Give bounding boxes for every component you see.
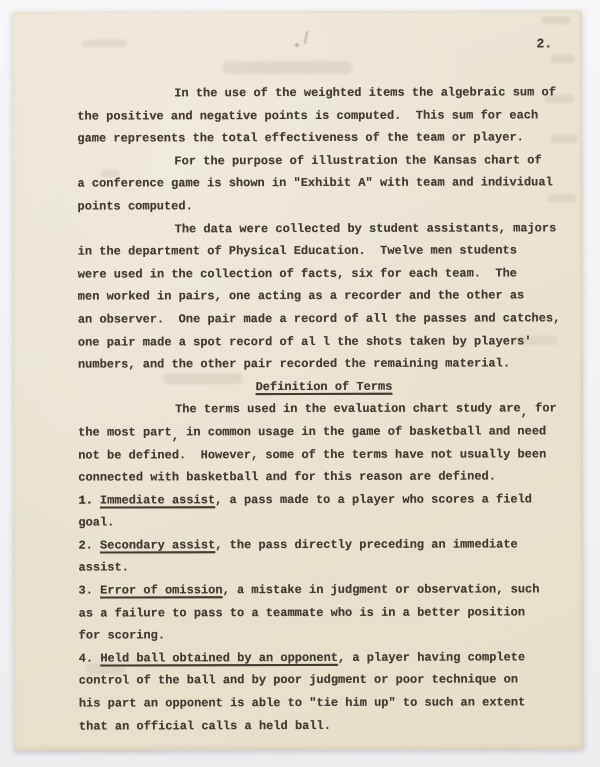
bleed-through-mark [542,16,570,24]
bleed-through-mark [295,43,299,47]
text-line: 2. Secondary assist, the pass directly p… [78,533,554,557]
underlined-term: Held ball obtained by an opponent [100,651,338,666]
text-segment: as a failure to pass to a teammate who i… [79,605,526,620]
text-segment: 2. [78,538,100,552]
text-segment: The terms used in the evaluation chart s… [175,402,521,417]
underlined-term: Secondary assist [100,538,215,552]
underlined-term: Definition of Terms [256,379,393,393]
text-line: a conference game is shown in "Exhibit A… [77,172,553,196]
text-line: that an official calls a held ball. [79,714,555,738]
text-segment: , a player having complete [338,650,525,664]
text-segment: points computed. [78,199,193,213]
text-line: one pair made a spot record of al l the … [78,330,554,354]
document-paper: 2. In the use of the weighted items the … [12,10,584,750]
bleed-through-mark [82,39,127,47]
text-line: the positive and negative points is comp… [77,104,553,128]
text-line: as a failure to pass to a teammate who i… [79,601,555,625]
bleed-through-mark [550,134,578,143]
text-segment: not be defined. However, some of the ter… [78,447,546,462]
text-segment: In the use of the weighted items the alg… [174,85,556,100]
text-segment: an observer. One pair made a record of a… [78,311,561,326]
text-segment: 1. [78,493,100,507]
text-segment: assist. [78,561,128,575]
text-segment: in the department of Physical Education.… [78,244,517,259]
text-line: were used in the collection of facts, si… [78,262,554,286]
text-line: the most part, in common usage in the ga… [78,420,554,444]
text-block: In the use of the weighted items the alg… [77,81,555,737]
text-segment: , [172,429,179,443]
text-segment: goal. [78,516,114,530]
text-segment: in common usage in the game of basketbal… [179,424,546,439]
bleed-through-mark [550,54,575,63]
text-segment: connected with basketball and for this r… [78,470,496,485]
text-segment: game represents the total effectiveness … [77,131,524,146]
text-segment: men worked in pairs, one acting as a rec… [78,289,525,304]
section-heading: Definition of Terms [78,375,554,399]
text-line: In the use of the weighted items the alg… [77,81,553,105]
text-segment: For the purpose of illustration the Kans… [174,153,541,168]
text-segment: for [528,402,557,416]
text-line: points computed. [78,194,554,218]
text-line: 3. Error of omission, a mistake in judgm… [79,578,555,602]
text-segment: , a mistake in judgment or observation, … [223,582,540,597]
text-segment: his part an opponent is able to "tie him… [79,695,526,710]
text-segment: that an official calls a held ball. [79,719,331,734]
text-line: 1. Immediate assist, a pass made to a pl… [78,488,554,512]
text-line: 4. Held ball obtained by an opponent, a … [79,646,555,670]
text-line: game represents the total effectiveness … [77,127,553,151]
text-segment: The data were collected by student assis… [175,221,557,236]
text-segment: were used in the collection of facts, si… [78,266,517,281]
text-segment: 4. [79,651,101,665]
text-segment: a conference game is shown in "Exhibit A… [77,176,552,191]
text-line: For the purpose of illustration the Kans… [77,149,553,173]
text-line: for scoring. [79,624,555,648]
text-line: his part an opponent is able to "tie him… [79,691,555,715]
text-segment: , a pass made to a player who scores a f… [215,492,532,507]
page-number: 2. [536,36,552,51]
text-line: connected with basketball and for this r… [78,465,554,489]
text-line: numbers, and the other pair recorded the… [78,352,554,376]
bleed-through-mark [304,31,308,44]
text-segment: control of the ball and by poor judgment… [79,673,518,688]
text-line: not be defined. However, some of the ter… [78,443,554,467]
text-line: men worked in pairs, one acting as a rec… [78,285,554,309]
text-segment: one pair made a spot record of al l the … [78,334,532,349]
text-line: in the department of Physical Education.… [78,239,554,263]
text-line: The terms used in the evaluation chart s… [78,398,554,422]
text-segment: the most part [78,425,172,439]
scan-background: 2. In the use of the weighted items the … [0,0,600,767]
text-segment: the positive and negative points is comp… [77,108,538,123]
text-segment: , the pass directly preceding an immedia… [215,537,517,552]
text-segment: 3. [79,584,101,598]
text-segment: for scoring. [79,629,165,643]
bleed-through-mark [222,61,352,74]
underlined-term: Error of omission [100,583,222,597]
text-line: an observer. One pair made a record of a… [78,307,554,331]
text-line: control of the ball and by poor judgment… [79,669,555,693]
text-line: goal. [78,511,554,535]
text-line: The data were collected by student assis… [78,217,554,241]
underlined-term: Immediate assist [100,493,215,507]
text-segment: , [521,406,528,420]
text-line: assist. [78,556,554,580]
text-segment: numbers, and the other pair recorded the… [78,357,510,372]
